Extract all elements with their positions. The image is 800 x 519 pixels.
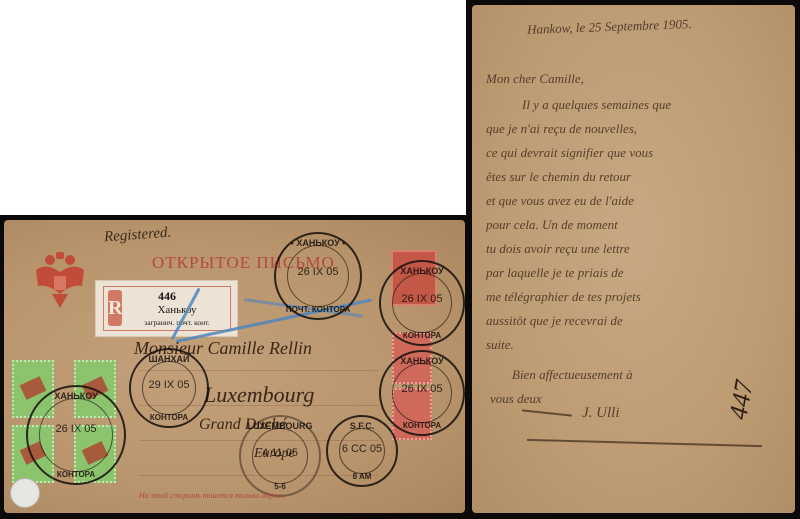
letter-closing: vous deux bbox=[490, 391, 542, 407]
postmark-transit: S.F.C. 6 CC 05 8 AM bbox=[326, 415, 398, 487]
footer-note: На этой сторонѣ пишется только адресъ bbox=[139, 491, 284, 500]
letter-dateline: Hankow, le 25 Septembre 1905. bbox=[527, 16, 692, 38]
letter-body-line: par laquelle je te priais de bbox=[486, 265, 624, 281]
letter-salutation: Mon cher Camille, bbox=[486, 71, 584, 87]
address-line-2: Luxembourg bbox=[204, 382, 314, 408]
watermark-seal-icon bbox=[10, 478, 40, 508]
letter-body-line: aussitôt que je recevrai de bbox=[486, 313, 623, 329]
postmark-hankou: • ХАНЬКОУ • 26 IX 05 ПОЧТ. КОНТОРА bbox=[274, 232, 362, 320]
margin-pencil-mark: 447 bbox=[723, 378, 759, 422]
postmark-luxembourg: LUXEMBOURG 4 11 05 5-6 bbox=[239, 415, 321, 497]
letter-body-line: Il y a quelques semaines que bbox=[522, 97, 671, 113]
registered-note: Registered. bbox=[103, 225, 171, 247]
signature-flourish bbox=[522, 409, 572, 416]
letter-body-line: êtes sur le chemin du retour bbox=[486, 169, 631, 185]
letter-body-line: ce qui devrait signifier que vous bbox=[486, 145, 653, 161]
registration-city: Ханькоу bbox=[124, 304, 230, 316]
postmark-hankou: ХАНЬКОУ 26 IX 05 КОНТОРА bbox=[26, 385, 126, 485]
letter-closing: Bien affectueusement à bbox=[512, 367, 633, 383]
letter-body-line: pour cela. Un de moment bbox=[486, 217, 618, 233]
postmark-hankou: ХАНЬКОУ 26 IX 05 КОНТОРА bbox=[379, 260, 465, 346]
registration-label: R 446 Ханькоу загранич. почт. конт. bbox=[95, 280, 238, 337]
postcard-front: Registered. ОТКРЫТОЕ ПИСЬМО R 446 Ханько… bbox=[4, 220, 465, 513]
letter-body-line: me télégraphier de tes projets bbox=[486, 289, 641, 305]
letter-body-line: tu dois avoir reçu une lettre bbox=[486, 241, 630, 257]
blank-background-area bbox=[0, 0, 466, 215]
letter-body-line: et que vous avez eu de l'aide bbox=[486, 193, 634, 209]
double-headed-eagle-icon bbox=[32, 250, 88, 310]
postcard-back: Hankow, le 25 Septembre 1905. Mon cher C… bbox=[472, 5, 795, 513]
registration-number: 446 bbox=[104, 289, 230, 304]
postmark-shanghai: ШАНХАЙ 29 IX 05 КОНТОРА bbox=[129, 348, 209, 428]
letter-signature: J. Ulli bbox=[582, 405, 620, 422]
letter-body-line: suite. bbox=[486, 337, 514, 353]
signature-underline bbox=[527, 439, 762, 447]
letter-body-line: que je n'ai reçu de nouvelles, bbox=[486, 121, 637, 137]
